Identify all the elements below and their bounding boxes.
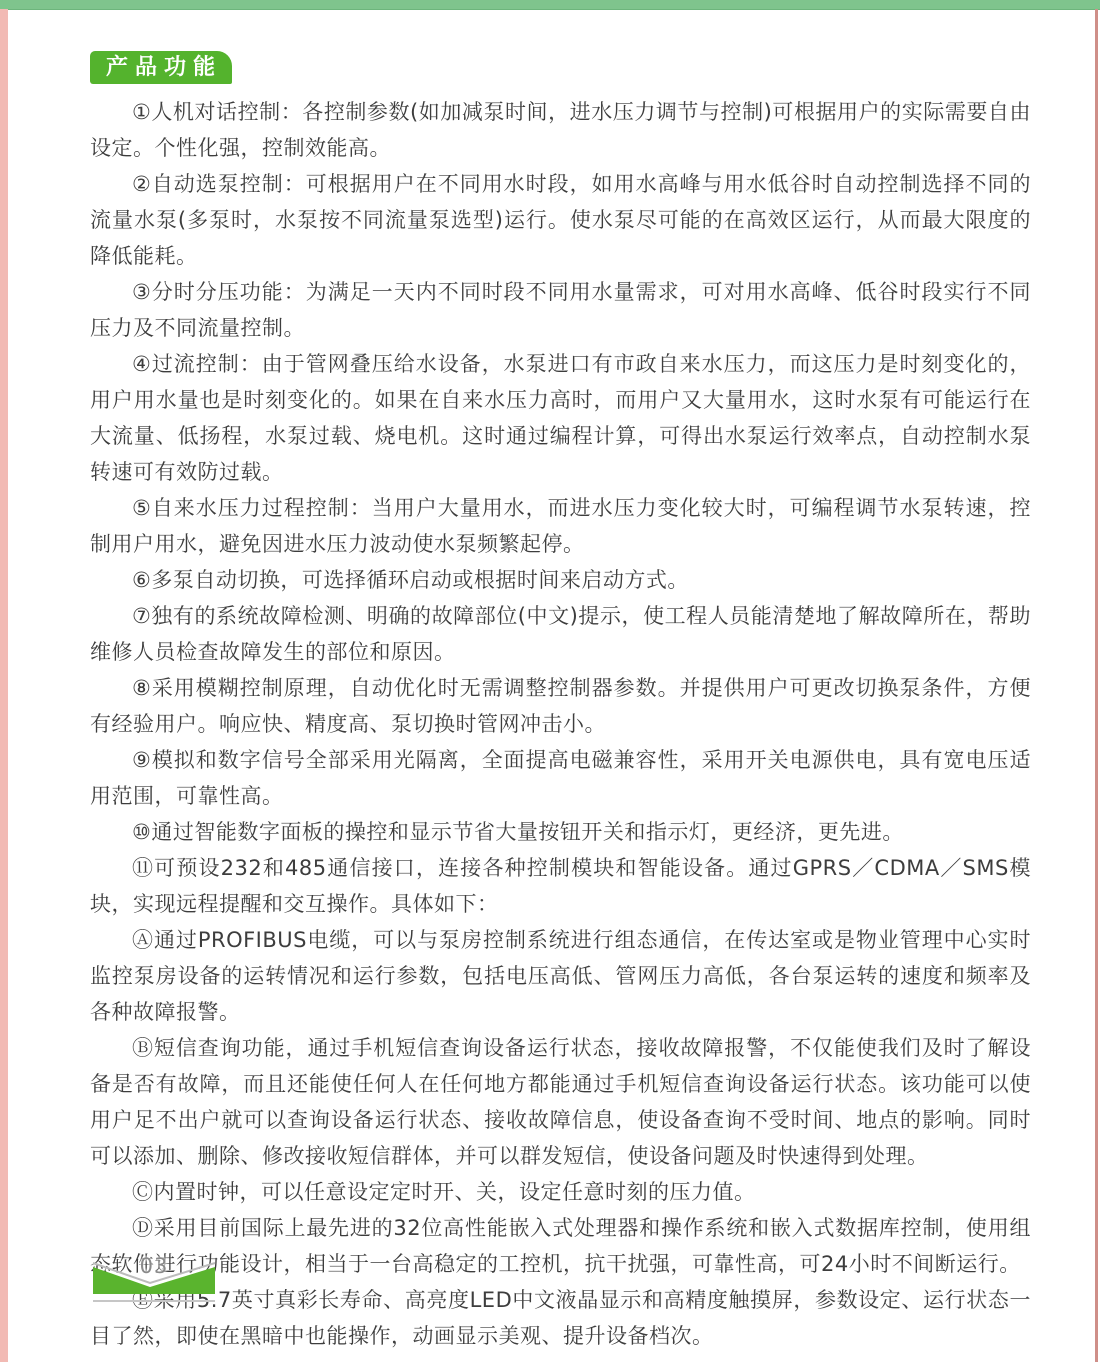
section-title-label: 产品功能 [106, 57, 222, 79]
paragraph-6: ⑥多泵自动切换，可选择循环启动或根据时间来启动方式。 [90, 562, 1031, 598]
document-page: 产品功能 ①人机对话控制：各控制参数(如加减泵时间，进水压力调节与控制)可根据用… [0, 0, 1100, 1362]
top-border-bar [0, 0, 1100, 10]
paragraph-16: Ⓔ采用5.7英寸真彩长寿命、高亮度LED中文液晶显示和高精度触摸屏，参数设定、运… [90, 1282, 1031, 1354]
paragraph-15: Ⓓ采用目前国际上最先进的32位高性能嵌入式处理器和操作系统和嵌入式数据库控制，使… [90, 1210, 1031, 1282]
section-title-badge: 产品功能 [90, 51, 232, 84]
paragraph-3: ③分时分压功能：为满足一天内不同时段不同用水量需求，可对用水高峰、低谷时段实行不… [90, 274, 1031, 346]
paragraph-7: ⑦独有的系统故障检测、明确的故障部位(中文)提示，使工程人员能清楚地了解故障所在… [90, 598, 1031, 670]
paragraph-12: Ⓐ通过PROFIBUS电缆，可以与泵房控制系统进行组态通信，在传达室或是物业管理… [90, 922, 1031, 1030]
paragraph-1: ①人机对话控制：各控制参数(如加减泵时间，进水压力调节与控制)可根据用户的实际需… [90, 94, 1031, 166]
page-footer-ribbon: 03 [92, 1258, 216, 1304]
paragraph-8: ⑧采用模糊控制原理，自动优化时无需调整控制器参数。并提供用户可更改切换泵条件，方… [90, 670, 1031, 742]
paragraph-10: ⑩通过智能数字面板的操控和显示节省大量按钮开关和指示灯，更经济，更先进。 [90, 814, 1031, 850]
left-border-bar [0, 9, 8, 1362]
paragraph-14: Ⓒ内置时钟，可以任意设定定时开、关，设定任意时刻的压力值。 [90, 1174, 1031, 1210]
paragraph-2: ②自动选泵控制：可根据用户在不同用水时段，如用水高峰与用水低谷时自动控制选择不同… [90, 166, 1031, 274]
paragraph-13: Ⓑ短信查询功能，通过手机短信查询设备运行状态，接收故障报警，不仅能使我们及时了解… [90, 1030, 1031, 1174]
paragraph-11: ⑪可预设232和485通信接口，连接各种控制模块和智能设备。通过GPRS／CDM… [90, 850, 1031, 922]
right-border-bar [1095, 9, 1098, 1362]
paragraph-4: ④过流控制：由于管网叠压给水设备，水泵进口有市政自来水压力，而这压力是时刻变化的… [90, 346, 1031, 490]
page-number: 03 [140, 1254, 169, 1278]
paragraph-5: ⑤自来水压力过程控制：当用户大量用水，而进水压力变化较大时，可编程调节水泵转速，… [90, 490, 1031, 562]
content-area: ①人机对话控制：各控制参数(如加减泵时间，进水压力调节与控制)可根据用户的实际需… [90, 94, 1031, 1354]
paragraph-9: ⑨模拟和数字信号全部采用光隔离，全面提高电磁兼容性，采用开关电源供电，具有宽电压… [90, 742, 1031, 814]
